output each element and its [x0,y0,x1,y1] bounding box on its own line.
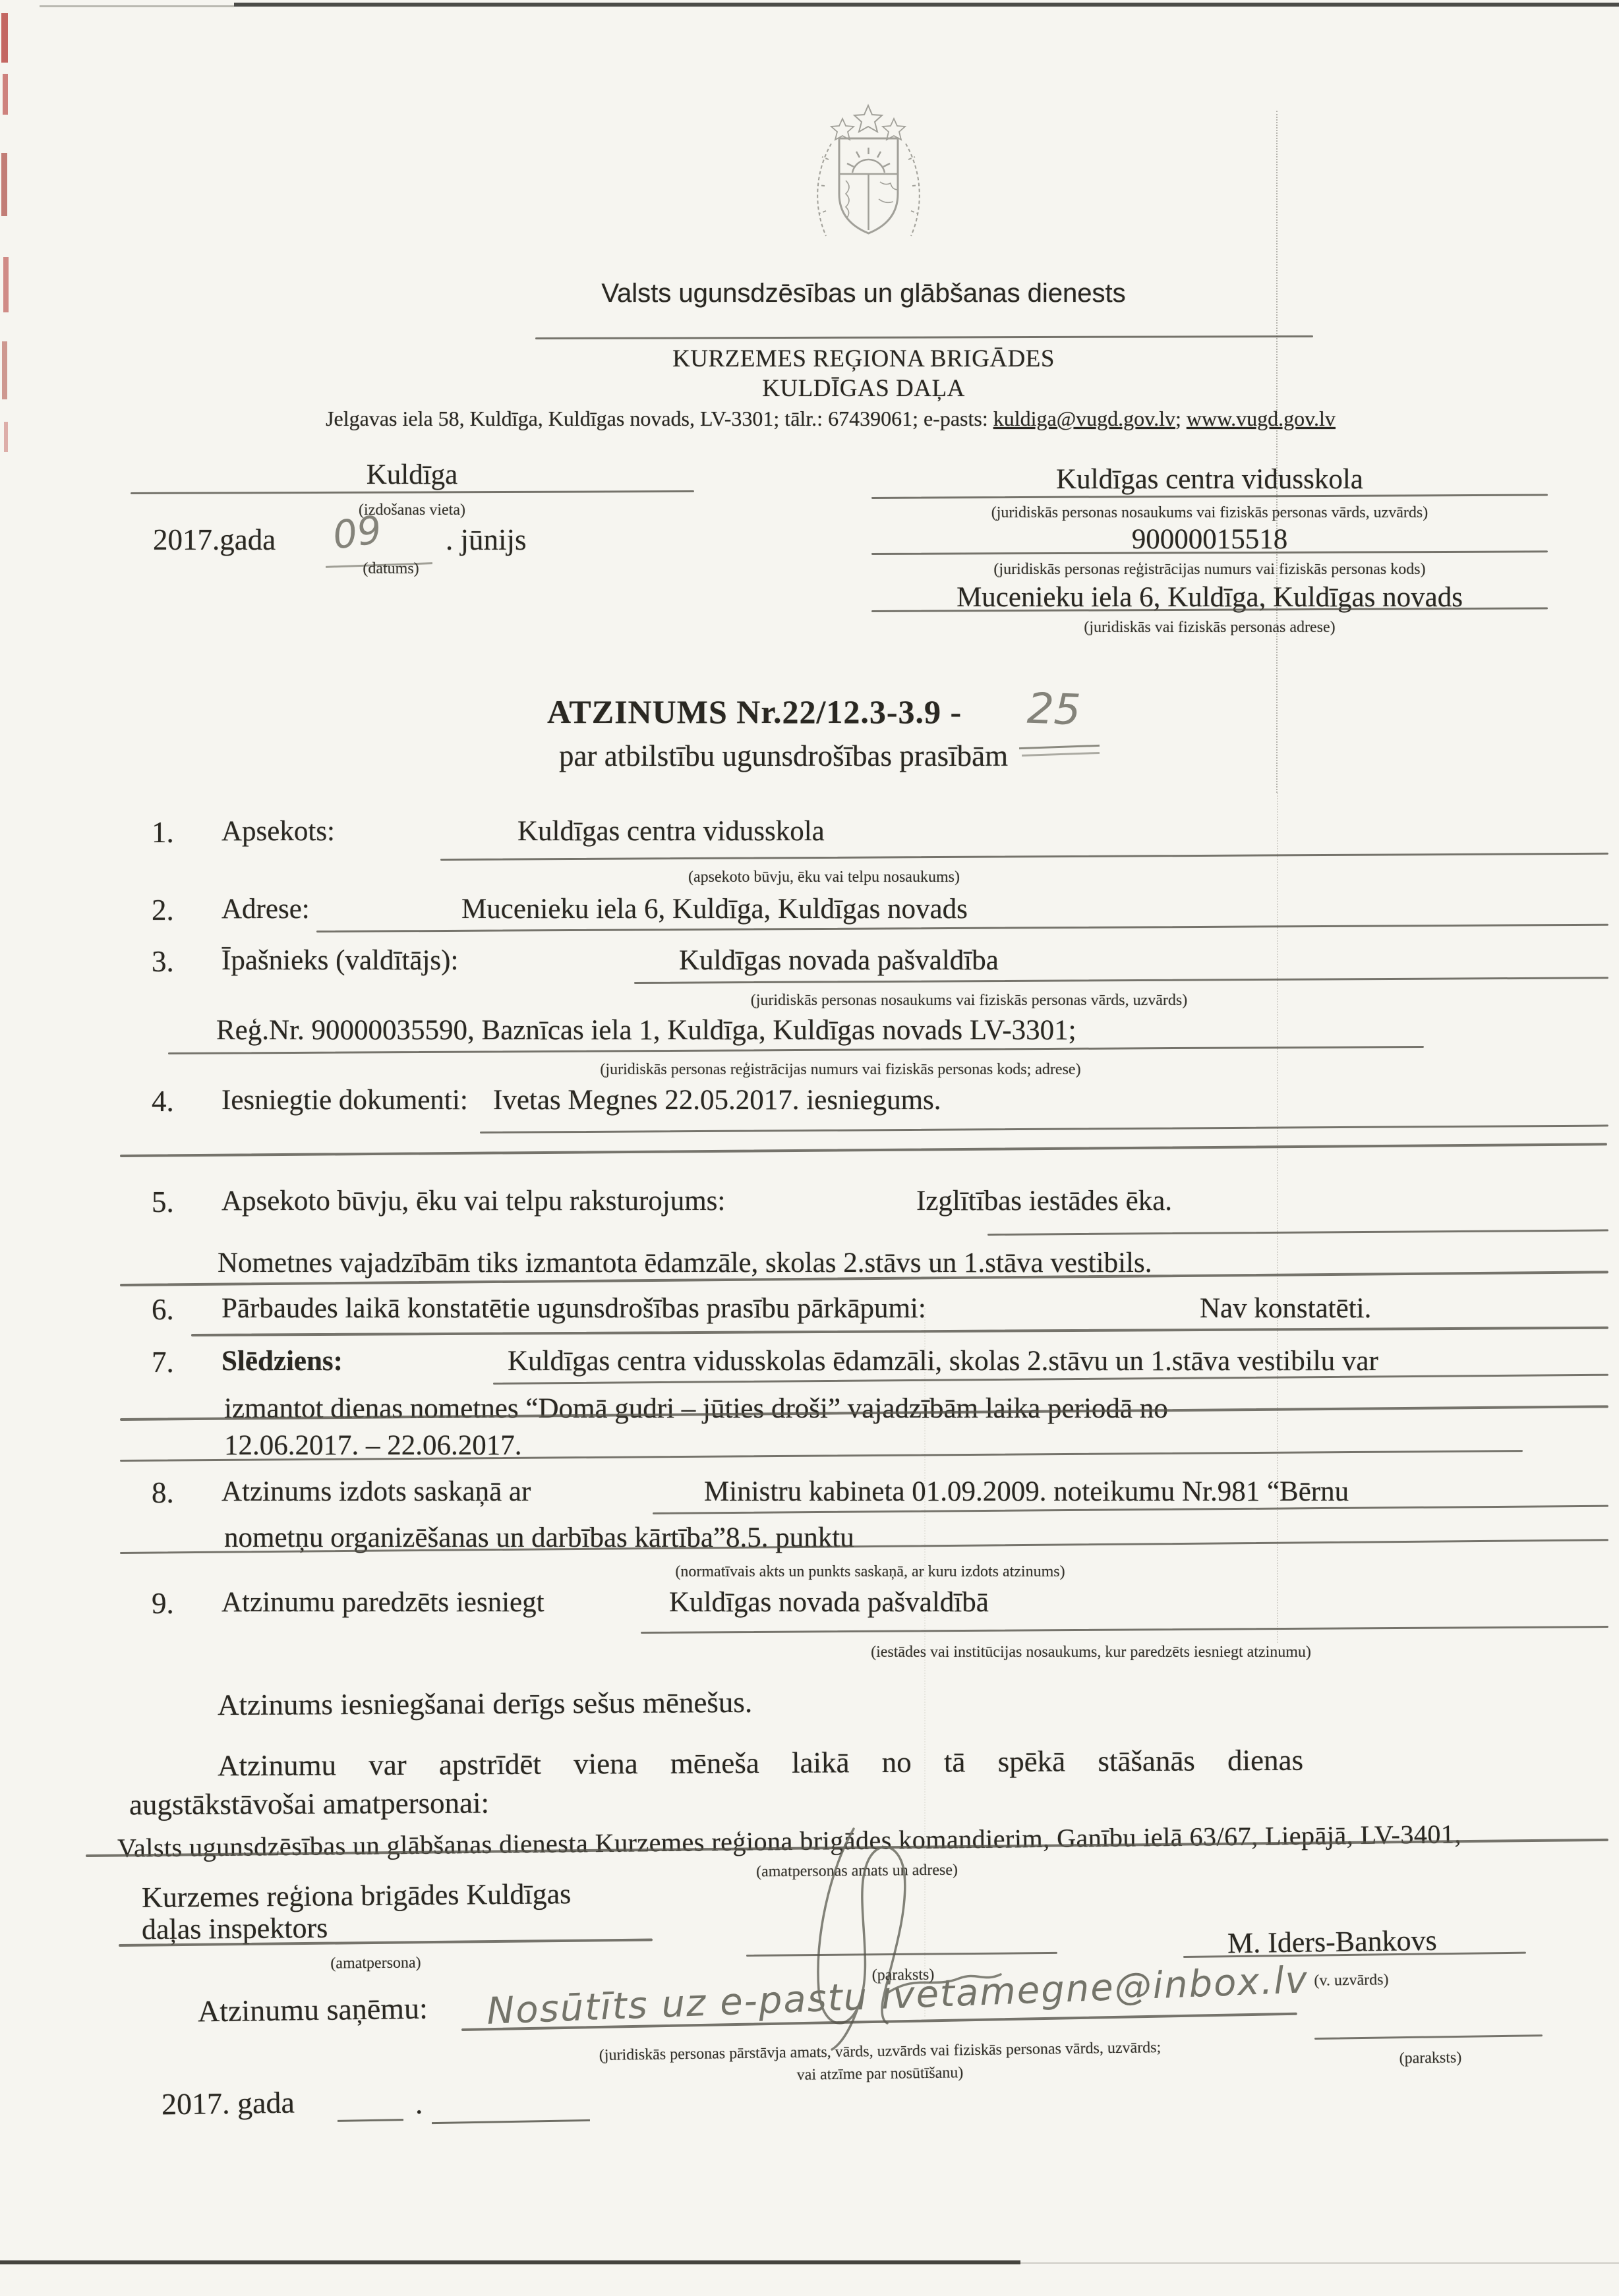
recipient-address-caption: (juridiskās vai fiziskās personas adrese… [870,619,1549,637]
title-number-underline [1019,745,1100,749]
scanned-document-page: Valsts ugunsdzēsības un glābšanas dienes… [0,0,1619,2296]
issue-date-year: 2017.gada [153,523,276,556]
item-8-number: 8. [152,1476,174,1509]
item-8-value: Ministru kabineta 01.09.2009. noteikumu … [704,1476,1349,1508]
item-3-label: Īpašnieks (valdītājs): [221,945,458,977]
item-1-number: 1. [152,816,174,849]
item-5-label: Apsekoto būvju, ēku vai telpu raksturoju… [221,1186,725,1217]
contact-separator: ; [1175,407,1181,430]
item-4-number: 4. [152,1085,174,1118]
item-6-value: Nav konstatēti. [1200,1293,1371,1325]
item-3-caption: (juridiskās personas nosaukums vai fizis… [626,992,1312,1010]
scan-top-edge-line-faint [40,5,234,7]
scan-top-edge-line [234,3,1619,7]
item-9-rule [641,1626,1608,1634]
item-5-rule [987,1229,1608,1236]
item-3-extra: Reģ.Nr. 90000035590, Baznīcas iela 1, Ku… [216,1015,1076,1047]
item-8-label: Atzinums izdots saskaņā ar [221,1476,531,1508]
contact-address-phone: Jelgavas iela 58, Kuldīga, Kuldīgas nova… [326,407,988,430]
appeal-note-line1: Atzinumu var apstrīdēt viena mēneša laik… [218,1744,1303,1783]
handwritten-title-number: 25 [1026,686,1082,735]
email-text: kuldiga@vugd.gov.lv [993,407,1175,430]
item-6-label: Pārbaudes laikā konstatētie ugunsdrošība… [221,1293,926,1325]
scan-bottom-edge-line [0,2260,1020,2264]
item-4-value: Ivetas Megnes 22.05.2017. iesniegums. [493,1085,941,1116]
issue-place-caption: (izdošanas vieta) [129,502,695,519]
item-7-label: Slēdziens: [221,1346,343,1377]
issue-place: Kuldīga [129,459,695,491]
item-3-extra-caption: (juridiskās personas reģistrācijas numur… [501,1061,1180,1079]
contact-line: Jelgavas iela 58, Kuldīga, Kuldīgas nova… [92,407,1569,431]
validity-note: Atzinums iesniegšanai derīgs sešus mēneš… [218,1686,752,1722]
fold-line [1276,111,1278,793]
item-1-rule [440,853,1608,861]
latvia-coat-of-arms-icon [801,100,936,268]
department-name: KULDĪGAS DAĻA [185,375,1543,402]
item-3-number: 3. [152,945,174,978]
document-title: ATZINUMS Nr.22/12.3-3.9 - [547,693,962,730]
issue-date-month: . jūnijs [446,523,527,556]
brigade-name: KURZEMES REĢIONA BRIGĀDES [185,345,1543,372]
receipt-signature-caption: (paraksts) [1351,2048,1510,2068]
official-caption: (amatpersona) [231,1953,521,1974]
item-3-rule [634,977,1608,984]
red-edge-mark [1,153,7,216]
bottom-blank-line-month [432,2119,590,2124]
item-5-number: 5. [152,1186,174,1219]
item-4-rule [480,1125,1608,1134]
item-4-label: Iesniegtie dokumenti: [221,1085,468,1116]
red-edge-mark [1,13,8,63]
website-text: www.vugd.gov.lv [1187,407,1336,430]
issue-date-caption: (datums) [309,560,473,578]
item-7-value-line2: izmantot dienas nometnes “Domā gudri – j… [224,1393,1168,1425]
item-7-value: Kuldīgas centra vidusskolas ēdamzāli, sk… [508,1346,1378,1377]
item-9-value: Kuldīgas novada pašvaldībā [669,1587,989,1619]
red-edge-mark [4,422,8,452]
document-subtitle: par atbilstību ugunsdrošības prasībām [559,739,1008,772]
item-5-value: Izglītības iestādes ēka. [916,1186,1172,1217]
red-edge-mark [3,74,8,115]
item-6-rule [191,1327,1608,1336]
item-2-number: 2. [152,894,174,927]
official-title-line2: daļas inspektors [142,1912,328,1946]
item-9-number: 9. [152,1587,174,1620]
item-5-extra: Nometnes vajadzībām tiks izmantota ēdamz… [218,1248,1152,1279]
item-9-label: Atzinumu paredzēts iesniegt [221,1587,545,1619]
fold-line-faint [1277,793,1278,1643]
item-1-caption: (apsekoto būvju, ēku vai telpu nosaukums… [501,869,1147,886]
item-1-value: Kuldīgas centra vidusskola [517,816,825,847]
item-2-value: Mucenieku iela 6, Kuldīga, Kuldīgas nova… [461,894,968,925]
bottom-date: 2017. gada [162,2086,295,2121]
item-6-number: 6. [152,1293,174,1326]
service-name: Valsts ugunsdzēsības un glābšanas dienes… [185,279,1543,308]
section-divider-rule [120,1143,1607,1157]
bottom-date-dot: . [415,2086,423,2121]
item-3-extra-rule [168,1046,1424,1054]
header-rule [535,335,1313,339]
item-7-number: 7. [152,1346,174,1379]
red-edge-mark [3,257,9,312]
item-3-value: Kuldīgas novada pašvaldība [679,945,999,977]
item-1-label: Apsekots: [221,816,335,847]
item-9-caption: (iestādes vai institūcijas nosaukums, ku… [758,1644,1424,1661]
scan-bottom-edge-line-faint [1020,2262,1619,2264]
recipient-name: Kuldīgas centra vidusskola [870,464,1549,496]
item-8-caption: (normatīvais akts un punkts saskaņā, ar … [541,1563,1200,1581]
handwritten-day: 09 [330,508,384,558]
official-title-line1: Kurzemes reģiona brigādes Kuldīgas [142,1878,572,1914]
appeal-note-line2: augstākstāvošai amatpersonai: [129,1787,489,1822]
receipt-label: Atzinumu saņēmu: [198,1992,428,2028]
recipient-reg-caption: (juridiskās personas reģistrācijas numur… [870,561,1549,579]
red-edge-mark [2,341,7,399]
recipient-name-caption: (juridiskās personas nosaukums vai fizis… [870,504,1549,522]
bottom-blank-line-day [338,2119,403,2122]
receipt-signature-rule [1314,2034,1543,2040]
title-number-underline [1022,752,1100,757]
item-2-label: Adrese: [221,894,310,925]
